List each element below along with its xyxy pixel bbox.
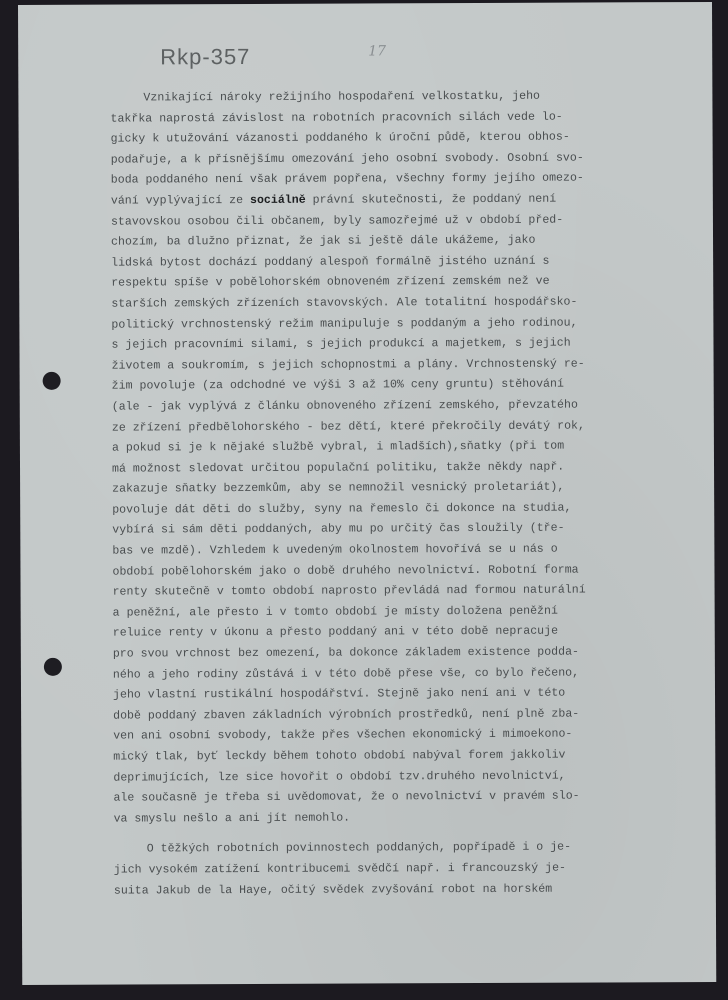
text-line: podařuje, a k přísnějšímu omezování jeho… [111, 148, 691, 171]
text-line: starších zemských zřízeních stavovských.… [111, 292, 691, 315]
text-line: jich vysokém zatížení kontribucemi svědč… [114, 858, 694, 881]
highlighted-word: sociálně [250, 194, 306, 207]
text-line: lidská bytost dochází poddaný alespoň fo… [111, 251, 691, 274]
text-line: vybírá si sám děti poddaných, aby mu po … [112, 519, 692, 542]
text-line: období pobělohorském jako o době druhého… [112, 560, 692, 583]
text-line: va smyslu nešlo a ani jít nemohlo. [114, 807, 694, 830]
document-page: Rkp-357 17 Vznikající nároky režijního h… [18, 2, 716, 985]
text-line: životem a soukromím, s jejich schopnostm… [112, 354, 692, 377]
punch-hole-bottom [44, 658, 62, 676]
text-line: vání vyplývající ze sociálně právní skut… [111, 189, 691, 212]
text-line: deprimujících, lze sice hovořit o období… [113, 766, 693, 789]
text-line: politický vrchnostenský režim manipuluje… [111, 313, 691, 336]
text-line: respektu spíše v pobělohorském obnoveném… [111, 271, 691, 294]
text-line: a pokud si je k nějaké službě vybral, i … [112, 436, 692, 459]
text-line: stavovskou osobou čili občanem, byly sam… [111, 210, 691, 233]
paragraph: O těžkých robotních povinnostech poddaný… [114, 837, 694, 901]
text-line: pro svou vrchnost bez omezení, ba dokonc… [113, 642, 693, 665]
text-line: suita Jakub de la Haye, očitý svědek zvy… [114, 879, 694, 902]
text-line: mický tlak, byť leckdy během tohoto obdo… [113, 745, 693, 768]
punch-hole-top [43, 372, 61, 390]
text-line: ven ani osobní svobody, takže přes všech… [113, 724, 693, 747]
text-line: ale současně je třeba si uvědomovat, že … [113, 786, 693, 809]
text-line: době poddaný zbaven základních výrobních… [113, 704, 693, 727]
text-line: boda poddaného není však právem popřena,… [111, 168, 691, 191]
text-line: ze zřízení předbělohorského - bez dětí, … [112, 416, 692, 439]
text-line: s jejich pracovními silami, s jejich pro… [111, 333, 691, 356]
text-line: O těžkých robotních povinnostech poddaný… [114, 837, 694, 860]
text-line: zakazuje sňatky bezzemkům, aby se nemnož… [112, 477, 692, 500]
text-line: renty skutečně v tomto období naprosto p… [113, 580, 693, 603]
text-line: jeho vlastní rustikální hospodářství. St… [113, 683, 693, 706]
text-line: Vznikající nároky režijního hospodaření … [110, 86, 690, 109]
text-line: chozím, ba dlužno přiznat, že jak si ješ… [111, 230, 691, 253]
text-line: bas ve mzdě). Vzhledem k uvedeným okolno… [112, 539, 692, 562]
text-line: reluice renty v úkonu a přesto poddaný a… [113, 621, 693, 644]
text-line: takřka naprostá závislost na robotních p… [110, 107, 690, 130]
text-line: povoluje dát děti do služby, syny na řem… [112, 498, 692, 521]
text-line: (ale - jak vyplývá z článku obnoveného z… [112, 395, 692, 418]
text-line: a peněžní, ale přesto i v tomto období j… [113, 601, 693, 624]
page-number: 17 [368, 43, 386, 59]
text-line: má možnost sledovat určitou populační po… [112, 457, 692, 480]
archive-mark: Rkp-357 [160, 44, 250, 70]
paragraph: Vznikající nároky režijního hospodaření … [110, 86, 693, 830]
text-line: ného a jeho rodiny zůstává i v této době… [113, 663, 693, 686]
typewritten-body: Vznikající nároky režijního hospodaření … [110, 86, 694, 902]
text-line: žim povoluje (za odchodné ve výši 3 až 1… [112, 374, 692, 397]
text-line: gicky k utužování vázanosti poddaného k … [111, 127, 691, 150]
